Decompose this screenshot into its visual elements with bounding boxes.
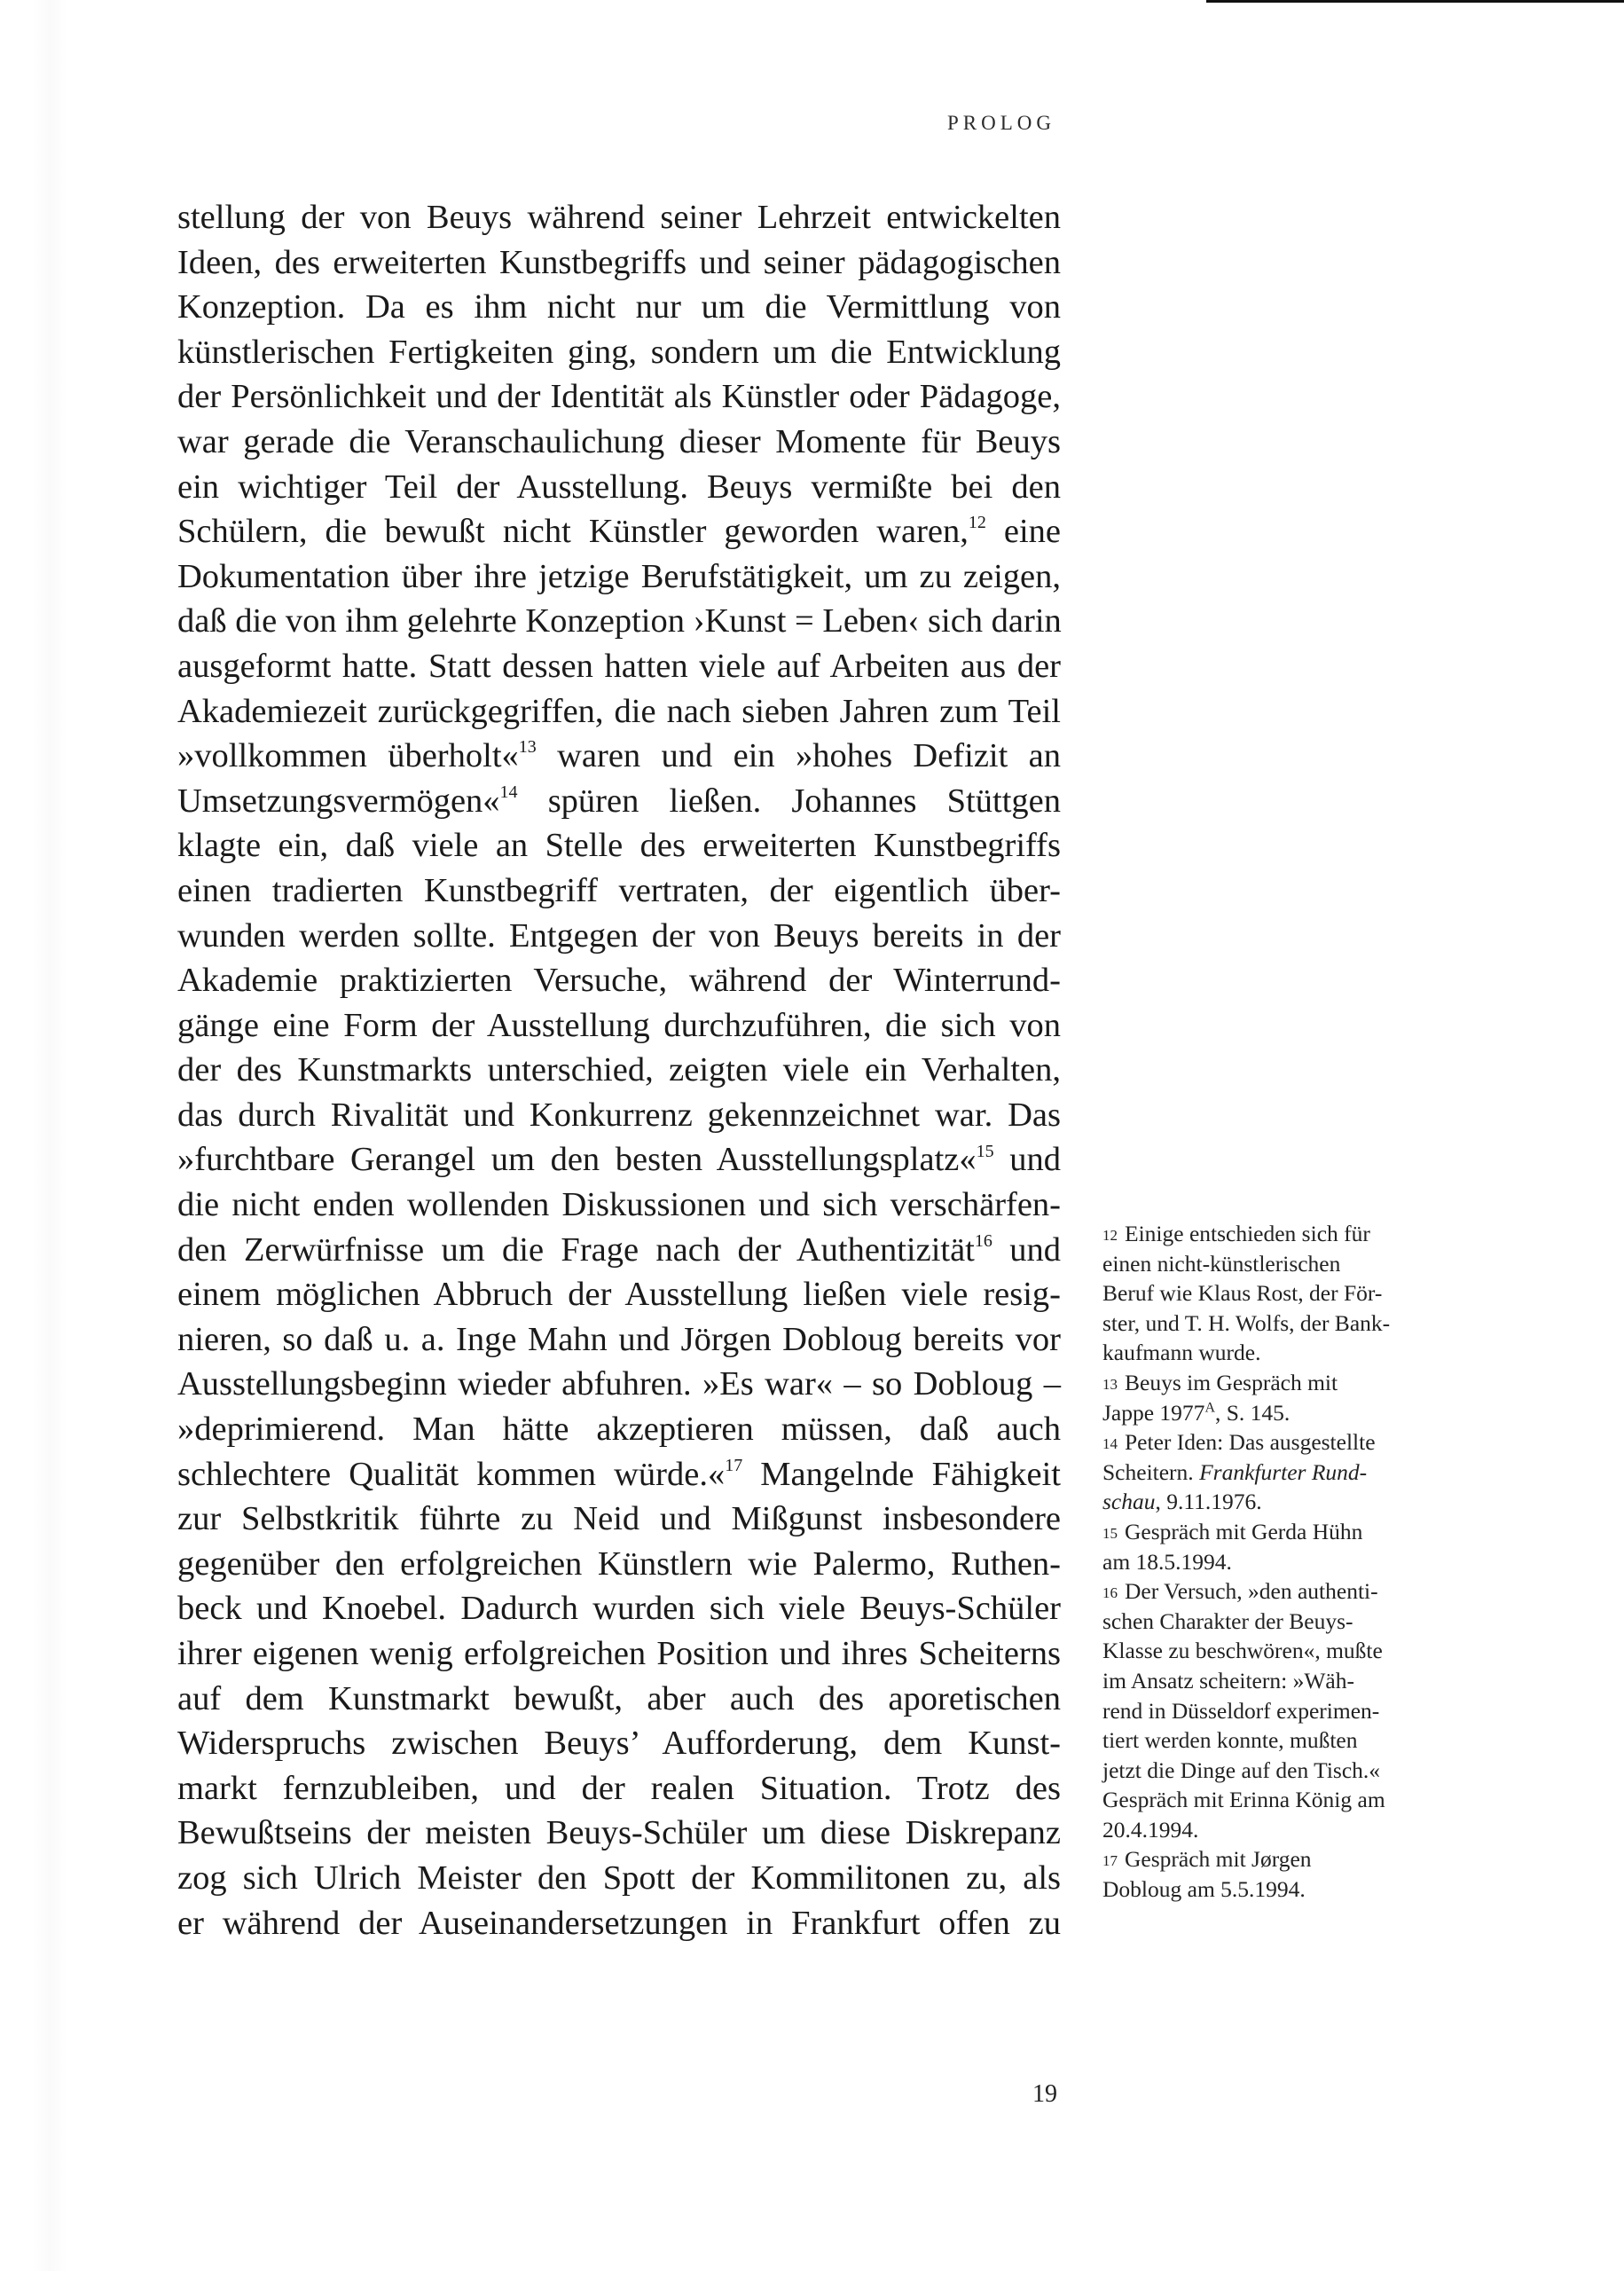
text-line: einen tradierten Kunstbegriff vertraten,… bbox=[177, 868, 1061, 914]
footnote-reference[interactable]: 12 bbox=[969, 513, 986, 532]
footnote-line: 16Der Versuch, »den authenti- bbox=[1102, 1576, 1448, 1607]
text-line: zur Selbstkritik führte zu Neid und Mißg… bbox=[177, 1497, 1061, 1542]
text-line: war gerade die Veranschaulichung dieser … bbox=[177, 420, 1061, 465]
footnote-line: 17Gespräch mit Jørgen bbox=[1102, 1844, 1448, 1874]
footnote-line: schau, 9.11.1976. bbox=[1102, 1487, 1448, 1517]
scan-edge-rule bbox=[1206, 0, 1624, 3]
text-line: »vollkommen überholt«13 waren und ein »h… bbox=[177, 734, 1061, 779]
text-line: künstlerischen Fertigkeiten ging, sonder… bbox=[177, 330, 1061, 375]
text-line: daß die von ihm gelehrte Konzeption ›Kun… bbox=[177, 599, 1061, 644]
text-line: einem möglichen Abbruch der Ausstellung … bbox=[177, 1272, 1061, 1317]
text-line: Schülern, die bewußt nicht Künstler gewo… bbox=[177, 509, 1061, 554]
text-line: Bewußtseins der meisten Beuys-Schüler um… bbox=[177, 1811, 1061, 1856]
footnote-line: ster, und T. H. Wolfs, der Bank- bbox=[1102, 1308, 1448, 1339]
text-line: auf dem Kunstmarkt bewußt, aber auch des… bbox=[177, 1677, 1061, 1722]
text-line: ein wichtiger Teil der Ausstellung. Beuy… bbox=[177, 465, 1061, 510]
footnote-number: 13 bbox=[1102, 1376, 1118, 1393]
gutter-shadow bbox=[32, 0, 67, 2271]
text-line: das durch Rivalität und Konkurrenz geken… bbox=[177, 1093, 1061, 1138]
text-line: der des Kunstmarkts unterschied, zeigten… bbox=[177, 1048, 1061, 1093]
superscript: A bbox=[1204, 1400, 1215, 1415]
footnote-line: 12Einige entschieden sich für bbox=[1102, 1219, 1448, 1249]
footnote-reference[interactable]: 13 bbox=[519, 737, 537, 757]
footnote-line: jetzt die Dinge auf den Tisch.« bbox=[1102, 1756, 1448, 1786]
footnote-line: 14Peter Iden: Das ausgestellte bbox=[1102, 1427, 1448, 1458]
footnote-line: kaufmann wurde. bbox=[1102, 1338, 1448, 1368]
footnote-number: 17 bbox=[1102, 1852, 1118, 1869]
text-line: nieren, so daß u. a. Inge Mahn und Jörge… bbox=[177, 1317, 1061, 1363]
footnote-reference[interactable]: 14 bbox=[500, 782, 518, 802]
running-head: PROLOG bbox=[947, 112, 1055, 135]
footnote-line: im Ansatz scheitern: »Wäh- bbox=[1102, 1666, 1448, 1696]
text-line: Ausstellungsbeginn wieder abfuhren. »Es … bbox=[177, 1362, 1061, 1407]
text-line: Konzeption. Da es ihm nicht nur um die V… bbox=[177, 285, 1061, 330]
text-line: wunden werden sollte. Entgegen der von B… bbox=[177, 914, 1061, 959]
footnote-line: Jappe 1977A, S. 145. bbox=[1102, 1398, 1448, 1428]
text-line: den Zerwürfnisse um die Frage nach der A… bbox=[177, 1228, 1061, 1273]
footnote-line: tiert werden konnte, mußten bbox=[1102, 1725, 1448, 1756]
text-line: zog sich Ulrich Meister den Spott der Ko… bbox=[177, 1856, 1061, 1901]
text-line: Ideen, des erweiterten Kunstbegriffs und… bbox=[177, 240, 1061, 286]
footnote-number: 14 bbox=[1102, 1435, 1118, 1452]
footnote-line: Beruf wie Klaus Rost, der För- bbox=[1102, 1278, 1448, 1308]
text-line: klagte ein, daß viele an Stelle des erwe… bbox=[177, 823, 1061, 868]
footnote-line: einen nicht-künstlerischen bbox=[1102, 1249, 1448, 1279]
text-line: beck und Knoebel. Dadurch wurden sich vi… bbox=[177, 1586, 1061, 1631]
text-line: der Persönlichkeit und der Identität als… bbox=[177, 374, 1061, 420]
text-line: die nicht enden wollenden Diskussionen u… bbox=[177, 1183, 1061, 1228]
text-line: stellung der von Beuys während seiner Le… bbox=[177, 195, 1061, 240]
italic-title: schau bbox=[1102, 1489, 1156, 1514]
footnote-line: 20.4.1994. bbox=[1102, 1815, 1448, 1845]
text-line: Dokumentation über ihre jetzige Berufstä… bbox=[177, 554, 1061, 600]
footnote-line: am 18.5.1994. bbox=[1102, 1547, 1448, 1577]
text-line: ihrer eigenen wenig erfolgreichen Positi… bbox=[177, 1631, 1061, 1677]
footnotes-column: 12Einige entschieden sich füreinen nicht… bbox=[1102, 1219, 1448, 1905]
text-line: schlechtere Qualität kommen würde.«17 Ma… bbox=[177, 1452, 1061, 1497]
footnote-line: 15Gespräch mit Gerda Hühn bbox=[1102, 1517, 1448, 1547]
text-line: Akademiezeit zurückgegriffen, die nach s… bbox=[177, 689, 1061, 735]
footnote-reference[interactable]: 15 bbox=[977, 1142, 994, 1161]
page-number: 19 bbox=[1032, 2080, 1057, 2109]
footnote-line: Dobloug am 5.5.1994. bbox=[1102, 1874, 1448, 1905]
text-line: »deprimierend. Man hätte akzeptieren müs… bbox=[177, 1407, 1061, 1452]
footnote-line: Gespräch mit Erinna König am bbox=[1102, 1785, 1448, 1815]
footnote-line: Klasse zu beschwören«, mußte bbox=[1102, 1636, 1448, 1666]
footnote-line: 13Beuys im Gespräch mit bbox=[1102, 1368, 1448, 1398]
main-text-column: stellung der von Beuys während seiner Le… bbox=[177, 195, 1061, 1945]
footnote-line: schen Charakter der Beuys- bbox=[1102, 1607, 1448, 1637]
text-line: »furchtbare Gerangel um den besten Ausst… bbox=[177, 1137, 1061, 1183]
book-page: PROLOG stellung der von Beuys während se… bbox=[0, 0, 1624, 2271]
footnote-reference[interactable]: 16 bbox=[975, 1231, 992, 1251]
text-line: gänge eine Form der Ausstellung durchzuf… bbox=[177, 1003, 1061, 1049]
italic-title: Frankfurter Rund- bbox=[1199, 1459, 1367, 1485]
footnote-number: 15 bbox=[1102, 1525, 1118, 1542]
text-line: markt fernzubleiben, und der realen Situ… bbox=[177, 1766, 1061, 1811]
footnote-number: 12 bbox=[1102, 1227, 1118, 1244]
footnote-number: 16 bbox=[1102, 1584, 1118, 1601]
footnote-line: rend in Düsseldorf experimen- bbox=[1102, 1696, 1448, 1726]
text-line: Akademie praktizierten Versuche, während… bbox=[177, 958, 1061, 1003]
text-line: Umsetzungsvermögen«14 spüren ließen. Joh… bbox=[177, 779, 1061, 824]
text-line: er während der Auseinandersetzungen in F… bbox=[177, 1901, 1061, 1946]
text-line: gegenüber den erfolgreichen Künstlern wi… bbox=[177, 1542, 1061, 1587]
footnote-line: Scheitern. Frankfurter Rund- bbox=[1102, 1458, 1448, 1488]
text-line: ausgeformt hatte. Statt dessen hatten vi… bbox=[177, 644, 1061, 689]
footnote-reference[interactable]: 17 bbox=[725, 1456, 742, 1475]
text-line: Widerspruchs zwischen Beuys’ Aufforderun… bbox=[177, 1721, 1061, 1766]
